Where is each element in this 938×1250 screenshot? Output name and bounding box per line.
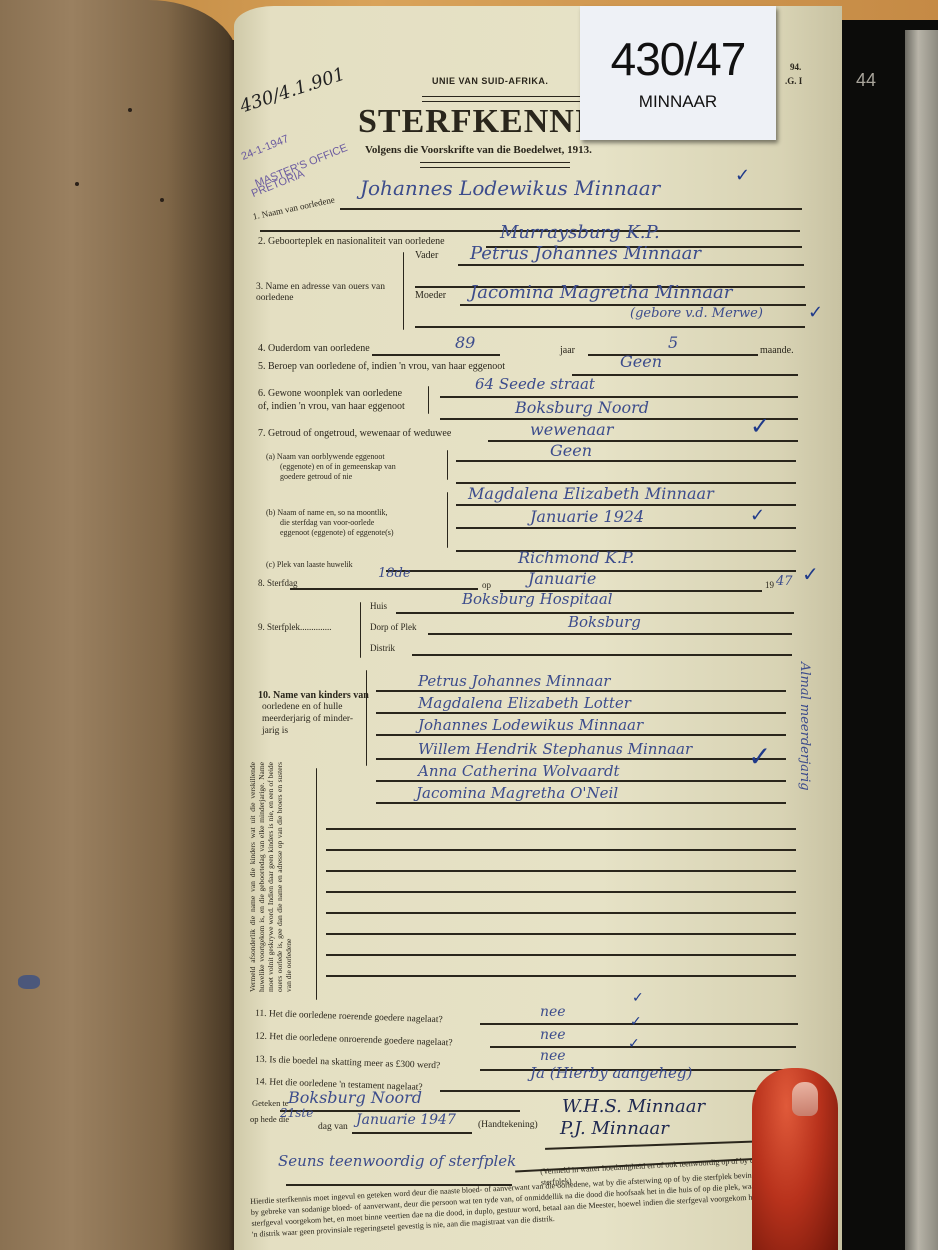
capacity-value: Seuns teenwoordig of sterfplek	[278, 1152, 516, 1170]
field-10-label-1: 10. Name van kinders van	[258, 690, 369, 701]
field-7b-label-2: die sterfdag van voor-oorlede	[280, 518, 374, 527]
father-label: Vader	[415, 250, 438, 261]
field-7c-label: (c) Plek van laaste huwelik	[266, 560, 353, 569]
thumbnail	[792, 1082, 818, 1116]
title-rule-bottom	[420, 162, 570, 168]
field-10-label-3: meerderjarig of minder-	[262, 714, 353, 724]
signed-at-value: Boksburg Noord	[288, 1088, 422, 1107]
field-5-label: 5. Beroep van oorledene of, indien 'n vr…	[258, 361, 505, 372]
field-6-value-1: 64 Seede straat	[475, 375, 595, 393]
archive-surname: MINNAAR	[580, 92, 776, 112]
child-line	[376, 802, 786, 804]
field-7-value: wewenaar	[530, 420, 613, 439]
blank-line	[326, 828, 796, 830]
blank-line	[326, 912, 796, 914]
field-12-line	[490, 1046, 796, 1048]
check-mark-icon: ✓	[808, 302, 823, 323]
huis-value: Boksburg Hospitaal	[462, 590, 613, 608]
dorp-label: Dorp of Plek	[370, 622, 417, 632]
signature-label: (Handtekening)	[478, 1120, 538, 1130]
children-side-note: Almal meerderjarig	[797, 662, 812, 791]
age-months-line	[588, 354, 758, 356]
field-7b-value-2: Januarie 1924	[530, 507, 644, 526]
child-line	[376, 690, 786, 692]
age-years: 89	[455, 333, 475, 352]
field-1-value: Johannes Lodewikus Minnaar	[360, 176, 660, 200]
field-7b-line-2	[456, 527, 796, 529]
field-6-line-2	[440, 418, 798, 420]
field-2-value: Murraysburg K.P.	[500, 222, 660, 243]
death-day-line	[290, 588, 478, 590]
brace	[447, 450, 448, 480]
field-5-value: Geen	[620, 352, 662, 371]
field-9-label: 9. Sterfplek..............	[258, 622, 332, 632]
field-10-label-4: jarig is	[262, 726, 288, 736]
father-value: Petrus Johannes Minnaar	[470, 243, 701, 264]
field-7b-label-3: eggenoot (eggenote) of eggenote(s)	[280, 528, 394, 537]
signed-month-value: Januarie 1947	[356, 1112, 456, 1128]
field-6-value-2: Boksburg Noord	[515, 398, 649, 417]
field-11-value: nee	[540, 1004, 566, 1020]
child-line	[376, 758, 786, 760]
side-book-number: 44	[856, 70, 876, 91]
field-12-value: nee	[540, 1027, 566, 1043]
field-13-value: nee	[540, 1048, 566, 1064]
field-2-label: 2. Geboorteplek en nasionaliteit van oor…	[258, 236, 445, 247]
age-years-line	[372, 354, 500, 356]
field-7b-line-1	[456, 504, 796, 506]
check-mark-icon: ✓	[802, 562, 819, 586]
blank-line	[326, 933, 796, 935]
brace	[366, 670, 367, 766]
child-line	[376, 734, 786, 736]
check-mark-icon: ✓	[628, 1036, 640, 1052]
child-name: Johannes Lodewikus Minnaar	[418, 716, 643, 734]
check-mark-icon: ✓	[632, 990, 644, 1006]
death-year-suffix: 47	[776, 574, 793, 589]
field-7-label: 7. Getroud of ongetroud, wewenaar of wed…	[258, 428, 451, 439]
years-unit: jaar	[560, 345, 575, 356]
field-7a-value: Geen	[550, 441, 592, 460]
field-7a-label-3: goedere getroud of nie	[280, 472, 352, 481]
field-6-label-1: 6. Gewone woonplek van oorledene	[258, 388, 402, 399]
brace	[316, 768, 317, 1000]
mother-maiden-note: (gebore v.d. Merwe)	[630, 306, 763, 321]
field-4-label: 4. Ouderdom van oorledene	[258, 343, 370, 354]
death-day: 18de	[378, 566, 411, 581]
field-10-instruction: Vermeld afsonderlik die name van die kin…	[248, 762, 293, 992]
title-rule-top	[422, 96, 582, 102]
blank-line	[326, 975, 796, 977]
dorp-line	[428, 633, 792, 635]
field-3-label: 3. Name en adresse van ouers van oorlede…	[256, 282, 406, 304]
op-label: op	[482, 580, 491, 590]
field-8-label: 8. Sterfdag	[258, 578, 298, 588]
death-month: Januarie	[528, 569, 596, 588]
child-name: Magdalena Elizabeth Lotter	[418, 694, 631, 712]
field-1-line	[340, 208, 802, 210]
dorp-value: Boksburg	[568, 613, 641, 631]
field-7a-line-1	[456, 460, 796, 462]
blank-line	[326, 849, 796, 851]
child-line	[376, 780, 786, 782]
father-line	[458, 264, 804, 266]
child-name: Willem Hendrik Stephanus Minnaar	[418, 740, 692, 758]
field-14-value: Ja (Hierby aangeheg)	[530, 1064, 692, 1082]
field-7b-value-1: Magdalena Elizabeth Minnaar	[468, 484, 714, 503]
signed-month-label: dag van	[318, 1122, 348, 1132]
mother-label: Moeder	[415, 290, 446, 301]
form-code-top: 94.	[790, 62, 801, 72]
huis-label: Huis	[370, 601, 387, 611]
child-name: Jacomina Magretha O'Neil	[416, 784, 618, 802]
field-7b-label-1: (b) Naam of name en, so na moontlik,	[266, 508, 388, 517]
age-months: 5	[668, 333, 678, 352]
brace	[447, 492, 448, 548]
book-cover-left	[0, 0, 238, 1250]
signature-1: W.H.S. Minnaar	[562, 1096, 705, 1117]
field-14-line	[440, 1090, 796, 1092]
field-5-line	[572, 374, 798, 376]
form-code-bottom: .G. I	[785, 76, 802, 86]
months-unit: maande.	[760, 345, 794, 356]
archive-number: 430/47	[580, 32, 776, 86]
child-line	[376, 712, 786, 714]
page-edges	[905, 30, 938, 1250]
signed-month-line	[352, 1132, 472, 1134]
death-year-prefix: 19	[765, 580, 774, 590]
child-name: Anna Catherina Wolvaardt	[418, 762, 620, 780]
rule	[415, 326, 805, 328]
distrik-line	[412, 654, 792, 656]
field-6-label-2: of, indien 'n vrou, van haar eggenoot	[258, 401, 405, 412]
brace	[360, 602, 361, 658]
field-7c-value: Richmond K.P.	[518, 548, 635, 567]
field-7a-label-1: (a) Naam van oorblywende eggenoot	[266, 452, 385, 462]
blank-line	[326, 870, 796, 872]
brace	[428, 386, 429, 414]
blank-line	[326, 954, 796, 956]
field-7a-label-2: (eggenote) en of in gemeenskap van	[280, 462, 396, 471]
archive-label: 430/47 MINNAAR	[580, 6, 776, 140]
field-7-line	[488, 440, 798, 442]
header-union: UNIE VAN SUID-AFRIKA.	[432, 76, 548, 86]
check-mark-icon: ✓	[750, 505, 765, 526]
distrik-label: Distrik	[370, 643, 395, 653]
mother-value: Jacomina Magretha Minnaar	[470, 282, 732, 303]
child-name: Petrus Johannes Minnaar	[418, 672, 610, 690]
check-mark-icon: ✓	[630, 1014, 642, 1030]
form-subtitle: Volgens die Voorskrifte van die Boedelwe…	[365, 144, 592, 156]
blank-line	[326, 891, 796, 893]
check-mark-icon: ✓	[735, 165, 750, 186]
signature-2: P.J. Minnaar	[560, 1118, 669, 1139]
signed-day-value: 21ste	[280, 1106, 313, 1120]
check-mark-icon: ✓	[750, 412, 770, 440]
check-mark-icon: ✓	[748, 740, 771, 773]
field-10-label-2: oorledene en of hulle	[262, 702, 342, 712]
